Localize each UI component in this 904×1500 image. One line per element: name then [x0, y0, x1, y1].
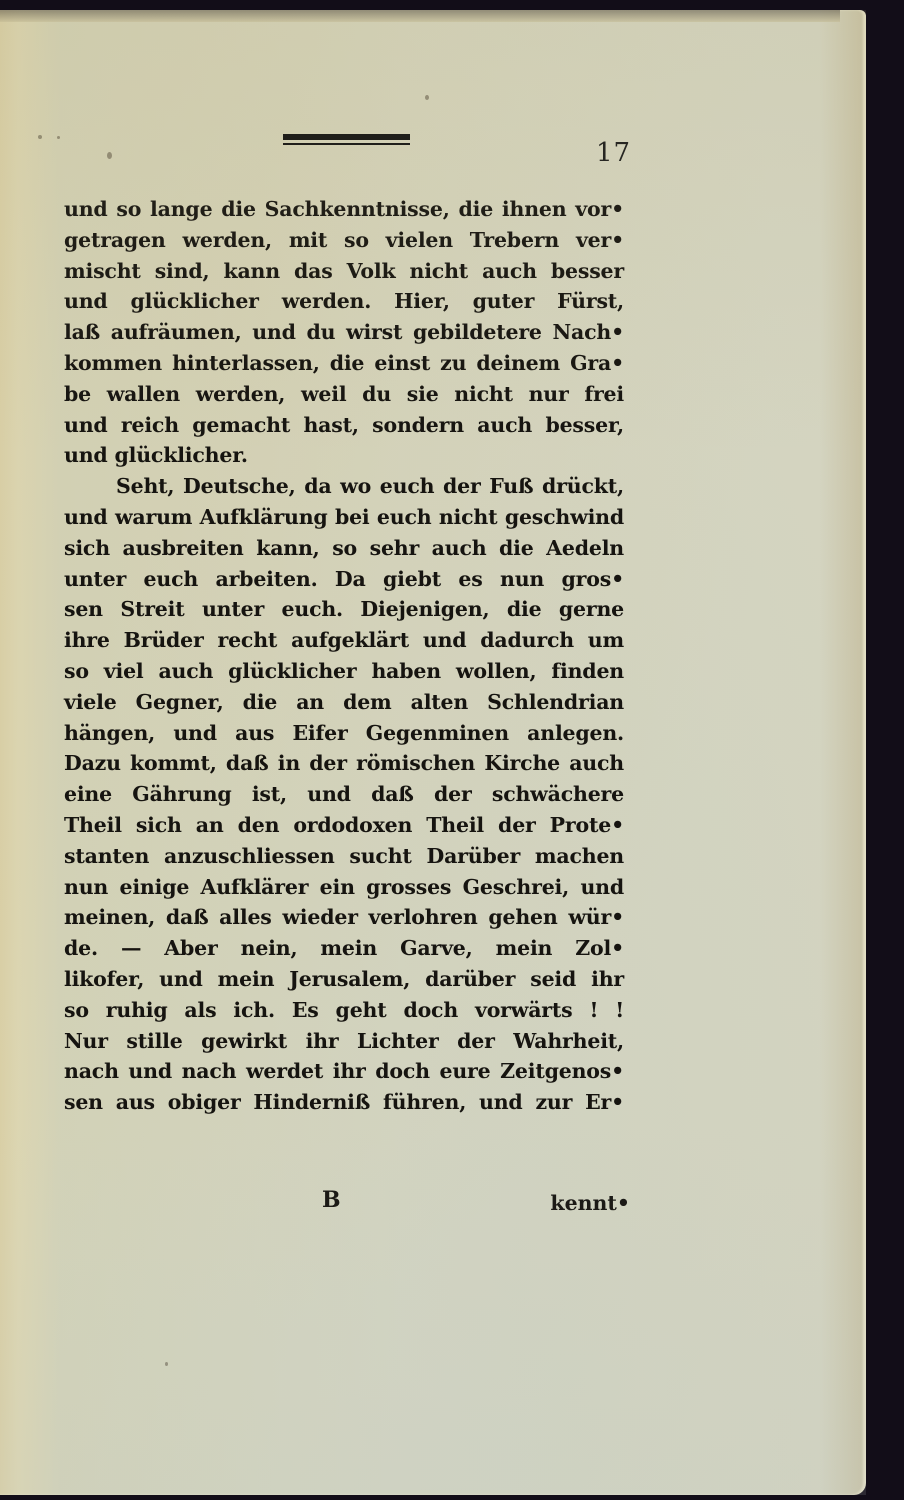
header-rule-thin [283, 143, 410, 145]
text-line: be wallen werden, weil du sie nicht nur … [64, 379, 624, 410]
paper-speck [57, 136, 60, 139]
signature-mark: B [322, 1187, 341, 1213]
header-double-rule [283, 134, 410, 147]
text-line: so ruhig als ich. Es geht doch vorwärts … [64, 995, 624, 1026]
text-line: stanten anzuschliessen sucht Darüber mac… [64, 841, 624, 872]
text-line: sen Streit unter euch. Diejenigen, die g… [64, 594, 624, 625]
text-line-paragraph-end: und glücklicher. [64, 440, 624, 471]
text-line: unter euch arbeiten. Da giebt es nun gro… [64, 564, 624, 595]
text-line: und reich gemacht hast, sondern auch bes… [64, 410, 624, 441]
paper-speck [38, 135, 42, 139]
catchword: kennt• [550, 1191, 630, 1215]
text-line: sich ausbreiten kann, so sehr auch die A… [64, 533, 624, 564]
text-line: Theil sich an den ordodoxen Theil der Pr… [64, 810, 624, 841]
text-line: getragen werden, mit so vielen Trebern v… [64, 225, 624, 256]
text-line: und warum Aufklärung bei euch nicht gesc… [64, 502, 624, 533]
page-footer: B kennt• [64, 1187, 624, 1219]
text-line: hängen, und aus Eifer Gegenminen anlegen… [64, 718, 624, 749]
text-line: mischt sind, kann das Volk nicht auch be… [64, 256, 624, 287]
text-line: ihre Brüder recht aufgeklärt und dadurch… [64, 625, 624, 656]
text-line: so viel auch glücklicher haben wollen, f… [64, 656, 624, 687]
page-top-edge [0, 10, 840, 22]
text-line: und glücklicher werden. Hier, guter Fürs… [64, 286, 624, 317]
text-line: meinen, daß alles wieder verlohren gehen… [64, 902, 624, 933]
text-line: sen aus obiger Hinderniß führen, und zur… [64, 1087, 624, 1118]
text-line: likofer, und mein Jerusalem, darüber sei… [64, 964, 624, 995]
header-rule-thick [283, 134, 410, 140]
paper-speck [165, 1362, 168, 1366]
text-line: nun einige Aufklärer ein grosses Geschre… [64, 872, 624, 903]
text-line-paragraph-start: Seht, Deutsche, da wo euch der Fuß drück… [64, 471, 624, 502]
book-page: 17 und so lange die Sachkenntnisse, die … [0, 10, 866, 1495]
text-line: laß aufräumen, und du wirst gebildetere … [64, 317, 624, 348]
text-line: de. — Aber nein, mein Garve, mein Zol• [64, 933, 624, 964]
body-text: und so lange die Sachkenntnisse, die ihn… [64, 194, 624, 1118]
text-line: eine Gährung ist, und daß der schwächere [64, 779, 624, 810]
text-line: nach und nach werdet ihr doch eure Zeitg… [64, 1056, 624, 1087]
paper-speck [425, 95, 429, 100]
text-line: kommen hinterlassen, die einst zu deinem… [64, 348, 624, 379]
text-line: Dazu kommt, daß in der römischen Kirche … [64, 748, 624, 779]
text-line: und so lange die Sachkenntnisse, die ihn… [64, 194, 624, 225]
paper-speck [107, 152, 112, 159]
text-line: Nur stille gewirkt ihr Lichter der Wahrh… [64, 1026, 624, 1057]
text-line: viele Gegner, die an dem alten Schlendri… [64, 687, 624, 718]
page-number: 17 [596, 138, 631, 168]
